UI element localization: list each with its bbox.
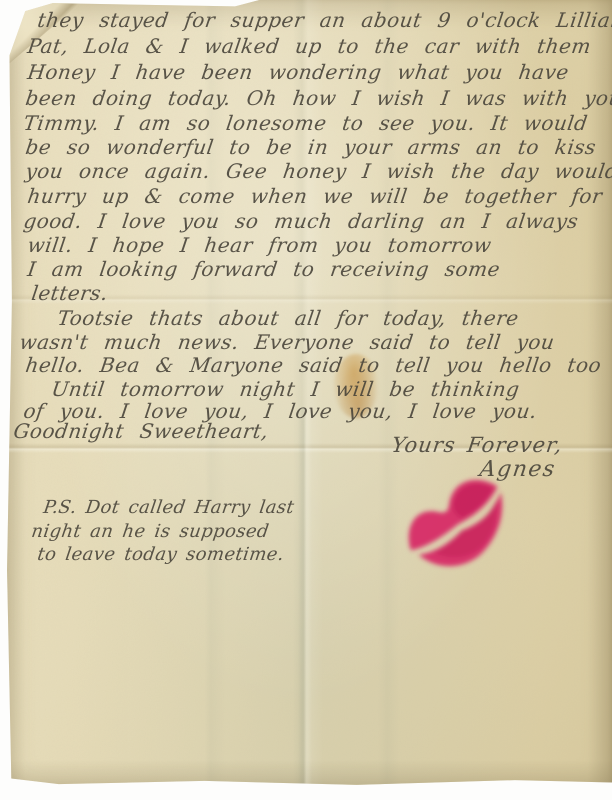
letter-line: letters. bbox=[30, 281, 110, 305]
signature: Agnes bbox=[478, 457, 557, 482]
lower-lip bbox=[414, 492, 524, 584]
letter-line: be so wonderful to be in your arms an to… bbox=[24, 135, 598, 159]
letter-line: been doing today. Oh how I wish I was wi… bbox=[24, 86, 612, 110]
letter-line: wasn't much news. Everyone said to tell … bbox=[18, 330, 556, 354]
postscript-line: to leave today sometime. bbox=[36, 544, 285, 565]
letter-line: hello. Bea & Maryone said to tell you he… bbox=[24, 353, 603, 377]
letter-line: you once again. Gee honey I wish the day… bbox=[24, 159, 612, 183]
fold-crease-vertical bbox=[298, 408, 312, 792]
letter-line: good. I love you so much darling an I al… bbox=[22, 209, 580, 233]
letter-line: Until tomorrow night I will be thinking bbox=[50, 377, 521, 401]
letter-line: hurry up & come when we will be together… bbox=[26, 184, 604, 208]
postscript-line: night an he is supposed bbox=[30, 521, 270, 542]
letter-paper: they stayed for supper an about 9 o'cloc… bbox=[4, 0, 612, 792]
lower-lip-shade bbox=[428, 500, 513, 571]
letter-line: Timmy. I am so lonesome to see you. It w… bbox=[22, 111, 589, 135]
scanned-letter-photo: they stayed for supper an about 9 o'cloc… bbox=[0, 0, 612, 800]
letter-line: Honey I have been wondering what you hav… bbox=[26, 60, 571, 84]
valediction: Yours Forever, bbox=[390, 433, 564, 457]
postscript-line: P.S. Dot called Harry last bbox=[42, 497, 296, 518]
letter-line: Tootsie thats about all for today, there bbox=[56, 306, 520, 330]
letter-line: will. I hope I hear from you tomorrow bbox=[26, 233, 493, 257]
letter-line: Pat, Lola & I walked up to the car with … bbox=[26, 34, 593, 58]
letter-line: they stayed for supper an about 9 o'cloc… bbox=[36, 8, 612, 32]
letter-line: Goodnight Sweetheart, bbox=[12, 419, 270, 443]
letter-line: I am looking forward to receiving some bbox=[26, 257, 502, 281]
